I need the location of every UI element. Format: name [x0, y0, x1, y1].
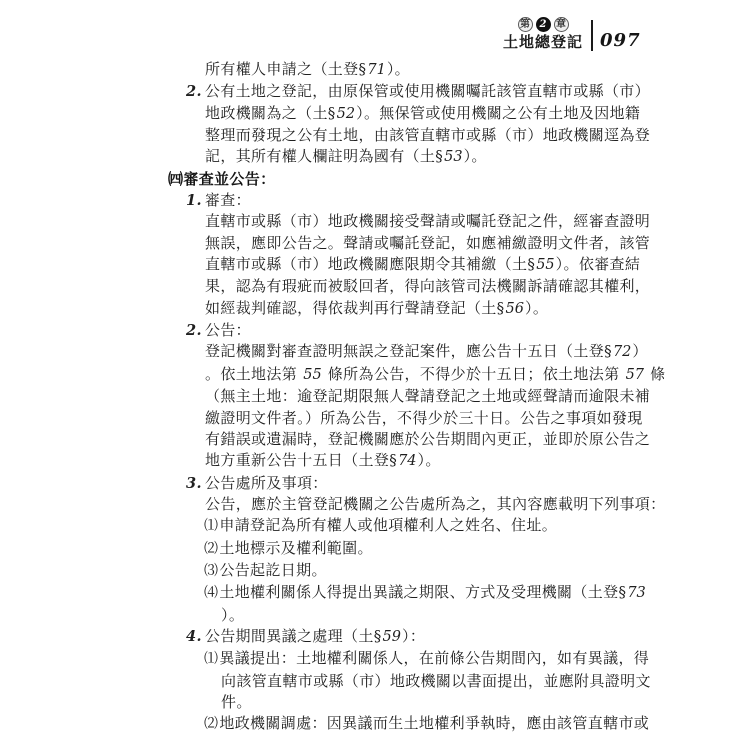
line-text: 件。 [221, 693, 252, 711]
text-line: 2.公告： [186, 320, 750, 341]
line-text: 公有土地之登記，由原保管或使用機關囑託該管直轄市或縣（市） [205, 82, 650, 100]
text-line: 繳證明文件者。）所為公告，不得少於三十日。公告之事項如發現 [205, 408, 750, 429]
chapter-number-circle: 2 [536, 17, 551, 32]
line-text: 申請登記為所有權人或他項權利人之姓名、住址。 [219, 516, 557, 534]
text-line: ⑵土地標示及權利範圍。 [204, 538, 750, 560]
list-marker: ⑴ [204, 518, 218, 534]
list-marker: 2. [186, 83, 202, 100]
list-marker: 2. [186, 322, 202, 339]
line-text: 如經裁判確認，得依裁判再行聲請登記（土§56）。 [205, 299, 548, 317]
text-line: （無主土地：逾登記期限無人聲請登記之土地或經聲請而逾限未補 [205, 386, 750, 407]
chapter-prefix-circle: 第 [518, 17, 533, 32]
list-marker: ⑷ [204, 585, 218, 601]
list-marker: ⑶ [204, 563, 218, 579]
text-line: 。依土地法第 55 條所為公告，不得少於十五日；依土地法第 57 條 [205, 364, 750, 386]
line-text: 所有權人申請之（土登§71）。 [205, 60, 410, 78]
line-text: ）。 [221, 606, 244, 624]
page-body: 所有權人申請之（土登§71）。2.公有土地之登記，由原保管或使用機關囑託該管直轄… [0, 59, 750, 736]
line-text: 直轄市或縣（市）地政機關應限期令其補繳（土§55）。依審查結 [205, 255, 640, 273]
line-text: 登記機關對審查證明無誤之登記案件，應公告十五日（土登§72） [205, 342, 648, 360]
list-marker: ⑵ [204, 541, 218, 557]
list-marker: 3. [186, 475, 202, 492]
text-line: 登記機關對審查證明無誤之登記案件，應公告十五日（土登§72） [205, 341, 750, 363]
line-text: 土地標示及權利範圍。 [219, 539, 373, 557]
text-line: 所有權人申請之（土登§71）。 [205, 59, 750, 81]
text-line: 如經裁判確認，得依裁判再行聲請登記（土§56）。 [205, 298, 750, 320]
line-text: 直轄市或縣（市）地政機關接受聲請或囑託登記之件，經審查證明 [205, 212, 650, 230]
list-marker: 1. [186, 192, 202, 209]
page-number: 097 [600, 31, 641, 51]
text-line: 記，其所有權人欄註明為國有（土§53）。 [205, 146, 750, 168]
text-line: 向該管直轄市或縣（市）地政機關以書面提出，並應附具證明文 [221, 671, 750, 692]
text-line: 有錯誤或遺漏時，登記機關應於公告期間內更正，並即於原公告之 [205, 429, 750, 450]
line-text: 。依土地法第 55 條所為公告，不得少於十五日；依土地法第 57 條 [205, 365, 665, 383]
header-divider [591, 20, 593, 51]
text-line: ㈣審查並公告： [168, 169, 750, 190]
line-text: 公告，應於主管登記機關之公告處所為之，其內容應載明下列事項： [205, 495, 666, 513]
line-text: 整理而發現之公有土地，由該管直轄市或縣（市）地政機關逕為登 [205, 126, 650, 144]
line-text: （無主土地：逾登記期限無人聲請登記之土地或經聲請而逾限未補 [205, 387, 650, 405]
line-text: 無誤，應即公告之。聲請或囑託登記，如應補繳證明文件者，該管 [205, 234, 650, 252]
chapter-badge: 第 2 章 [518, 17, 569, 32]
line-text: 公告期間異議之處理（土§59）： [205, 627, 425, 645]
text-line: ⑴申請登記為所有權人或他項權利人之姓名、住址。 [204, 515, 750, 537]
text-line: 無誤，應即公告之。聲請或囑託登記，如應補繳證明文件者，該管 [205, 233, 750, 254]
line-text: 向該管直轄市或縣（市）地政機關以書面提出，並應附具證明文 [221, 672, 651, 690]
line-text: 果，認為有瑕疵而被駁回者，得向該管司法機關訴請確認其權利， [205, 277, 650, 295]
line-text: ㈣審查並公告： [168, 170, 275, 188]
line-text: 異議提出：土地權利關係人，在前條公告期間內，如有異議，得 [219, 649, 649, 667]
chapter-block: 第 2 章 土地總登記 [503, 17, 583, 51]
line-text: 公告處所及事項： [205, 474, 328, 492]
line-text: 記，其所有權人欄註明為國有（土§53）。 [205, 147, 487, 165]
list-marker: ⑵ [204, 716, 218, 732]
text-line: 公告，應於主管登記機關之公告處所為之，其內容應載明下列事項： [205, 494, 750, 515]
line-text: 地方重新公告十五日（土登§74）。 [205, 451, 441, 469]
text-line: 地方重新公告十五日（土登§74）。 [205, 450, 750, 472]
text-line: ⑷土地權利關係人得提出異議之期限、方式及受理機關（土登§73 [204, 582, 750, 604]
text-line: ）。 [221, 605, 750, 626]
list-marker: 4. [186, 628, 202, 645]
line-text: 土地權利關係人得提出異議之期限、方式及受理機關（土登§73 [219, 583, 646, 601]
text-line: ⑶公告起訖日期。 [204, 560, 750, 582]
chapter-suffix-circle: 章 [554, 17, 569, 32]
line-text: 公告： [205, 321, 251, 339]
text-line: 地政機關為之（土§52）。無保管或使用機關之公有土地及因地籍 [205, 103, 750, 125]
text-line: 果，認為有瑕疵而被駁回者，得向該管司法機關訴請確認其權利， [205, 276, 750, 297]
text-line: 4.公告期間異議之處理（土§59）： [186, 626, 750, 648]
line-text: 公告起訖日期。 [219, 561, 326, 579]
text-line: 直轄市或縣（市）地政機關應限期令其補繳（土§55）。依審查結 [205, 254, 750, 276]
text-line: 件。 [221, 692, 750, 713]
text-line: 1.審查： [186, 190, 750, 211]
text-line: 整理而發現之公有土地，由該管直轄市或縣（市）地政機關逕為登 [205, 125, 750, 146]
line-text: 審查： [205, 191, 251, 209]
line-text: 有錯誤或遺漏時，登記機關應於公告期間內更正，並即於原公告之 [205, 430, 650, 448]
list-marker: ⑴ [204, 651, 218, 667]
text-line: ⑴異議提出：土地權利關係人，在前條公告期間內，如有異議，得 [204, 648, 750, 670]
text-line: 直轄市或縣（市）地政機關接受聲請或囑託登記之件，經審查證明 [205, 211, 750, 232]
text-line: ⑵地政機關調處：因異議而生土地權利爭執時，應由該管直轄市或 [204, 713, 750, 735]
text-line: 2.公有土地之登記，由原保管或使用機關囑託該管直轄市或縣（市） [186, 81, 750, 102]
line-text: 地政機關為之（土§52）。無保管或使用機關之公有土地及因地籍 [205, 104, 640, 122]
line-text: 繳證明文件者。）所為公告，不得少於三十日。公告之事項如發現 [205, 409, 643, 427]
chapter-title: 土地總登記 [503, 33, 583, 51]
page-header: 第 2 章 土地總登記 097 [503, 17, 641, 51]
line-text: 地政機關調處：因異議而生土地權利爭執時，應由該管直轄市或 [219, 714, 649, 732]
text-line: 3.公告處所及事項： [186, 473, 750, 494]
